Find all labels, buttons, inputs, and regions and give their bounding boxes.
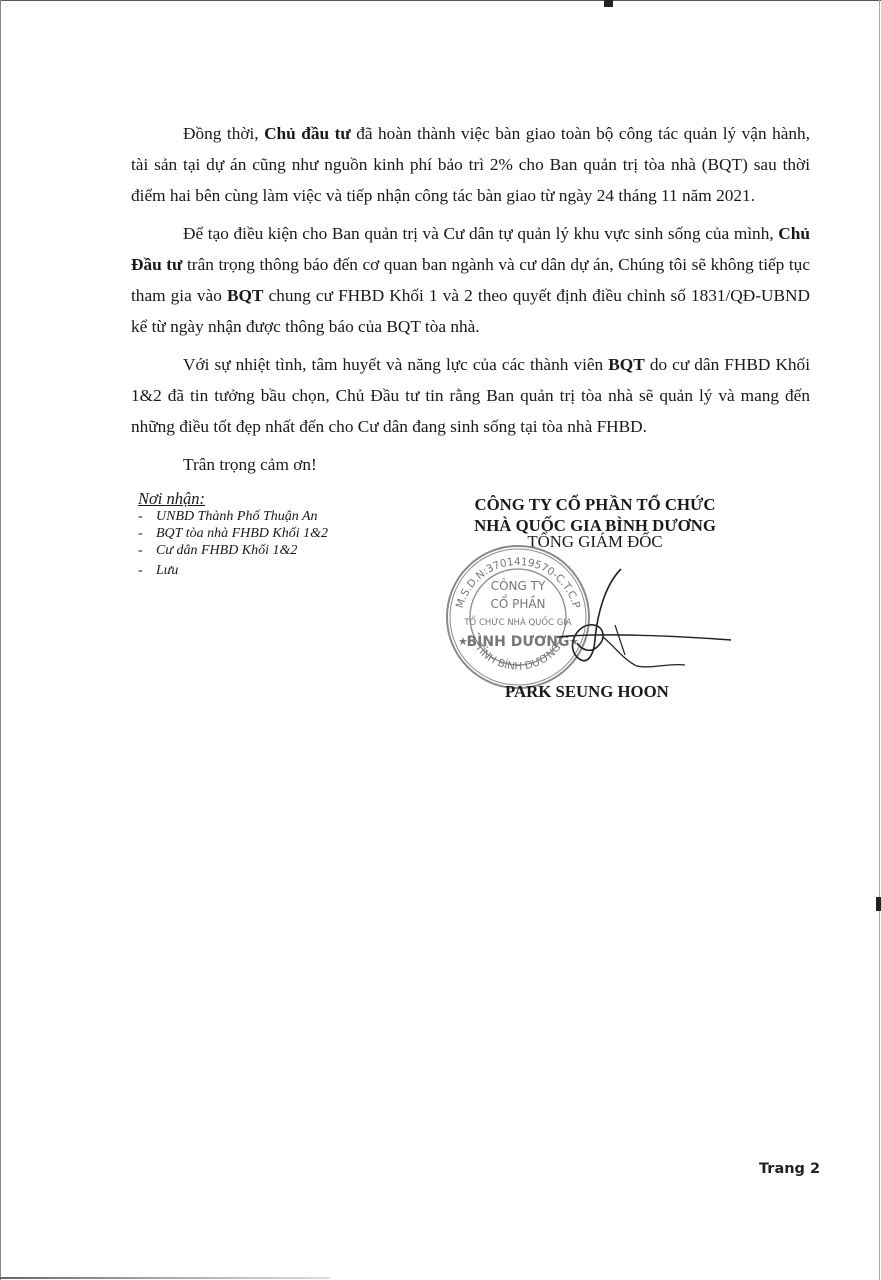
body-text: Để tạo điều kiện cho Ban quản trị và Cư …	[183, 224, 778, 243]
recipients-block: Nơi nhận: UNBD Thành Phố Thuận An BQT tò…	[138, 489, 328, 579]
emphasis-text: BQT	[227, 286, 264, 305]
company-name: CÔNG TY CỔ PHẦN TỔ CHỨC NHÀ QUỐC GIA BÌN…	[455, 494, 735, 536]
page-number: Trang 2	[759, 1161, 820, 1177]
emphasis-text: Chủ đầu tư	[264, 124, 351, 143]
recipient-item: BQT tòa nhà FHBD Khối 1&2	[138, 525, 328, 542]
stamp-inner-line: CỔ PHẦN	[490, 595, 545, 611]
recipient-item: UNBD Thành Phố Thuận An	[138, 508, 328, 525]
paragraph-handover: Đồng thời, Chủ đầu tư đã hoàn thành việc…	[131, 118, 810, 211]
recipient-item: Lưu	[138, 562, 328, 579]
page-edge-bottom	[0, 1277, 330, 1279]
body-text: Đồng thời,	[183, 124, 264, 143]
body-text: Với sự nhiệt tình, tâm huyết và năng lực…	[183, 355, 608, 374]
company-line-1: CÔNG TY CỔ PHẦN TỔ CHỨC	[455, 494, 735, 515]
scan-mark	[876, 897, 881, 911]
stamp-inner-line: CÔNG TY	[491, 578, 546, 593]
page-edge-left	[0, 0, 1, 1280]
emphasis-text: BQT	[608, 355, 645, 374]
scan-mark	[604, 0, 613, 7]
page-edge-right	[879, 0, 880, 1280]
handwritten-signature	[555, 565, 735, 675]
closing-text: Trân trọng cảm ơn!	[183, 449, 317, 480]
recipients-title: Nơi nhận:	[138, 489, 328, 508]
recipient-item: Cư dân FHBD Khối 1&2	[138, 542, 328, 559]
signer-name: PARK SEUNG HOON	[505, 682, 669, 702]
page-edge-top	[0, 0, 881, 1]
paragraph-notice: Để tạo điều kiện cho Ban quản trị và Cư …	[131, 218, 810, 342]
paragraph-trust: Với sự nhiệt tình, tâm huyết và năng lực…	[131, 349, 810, 442]
recipients-list: UNBD Thành Phố Thuận An BQT tòa nhà FHBD…	[138, 508, 328, 579]
